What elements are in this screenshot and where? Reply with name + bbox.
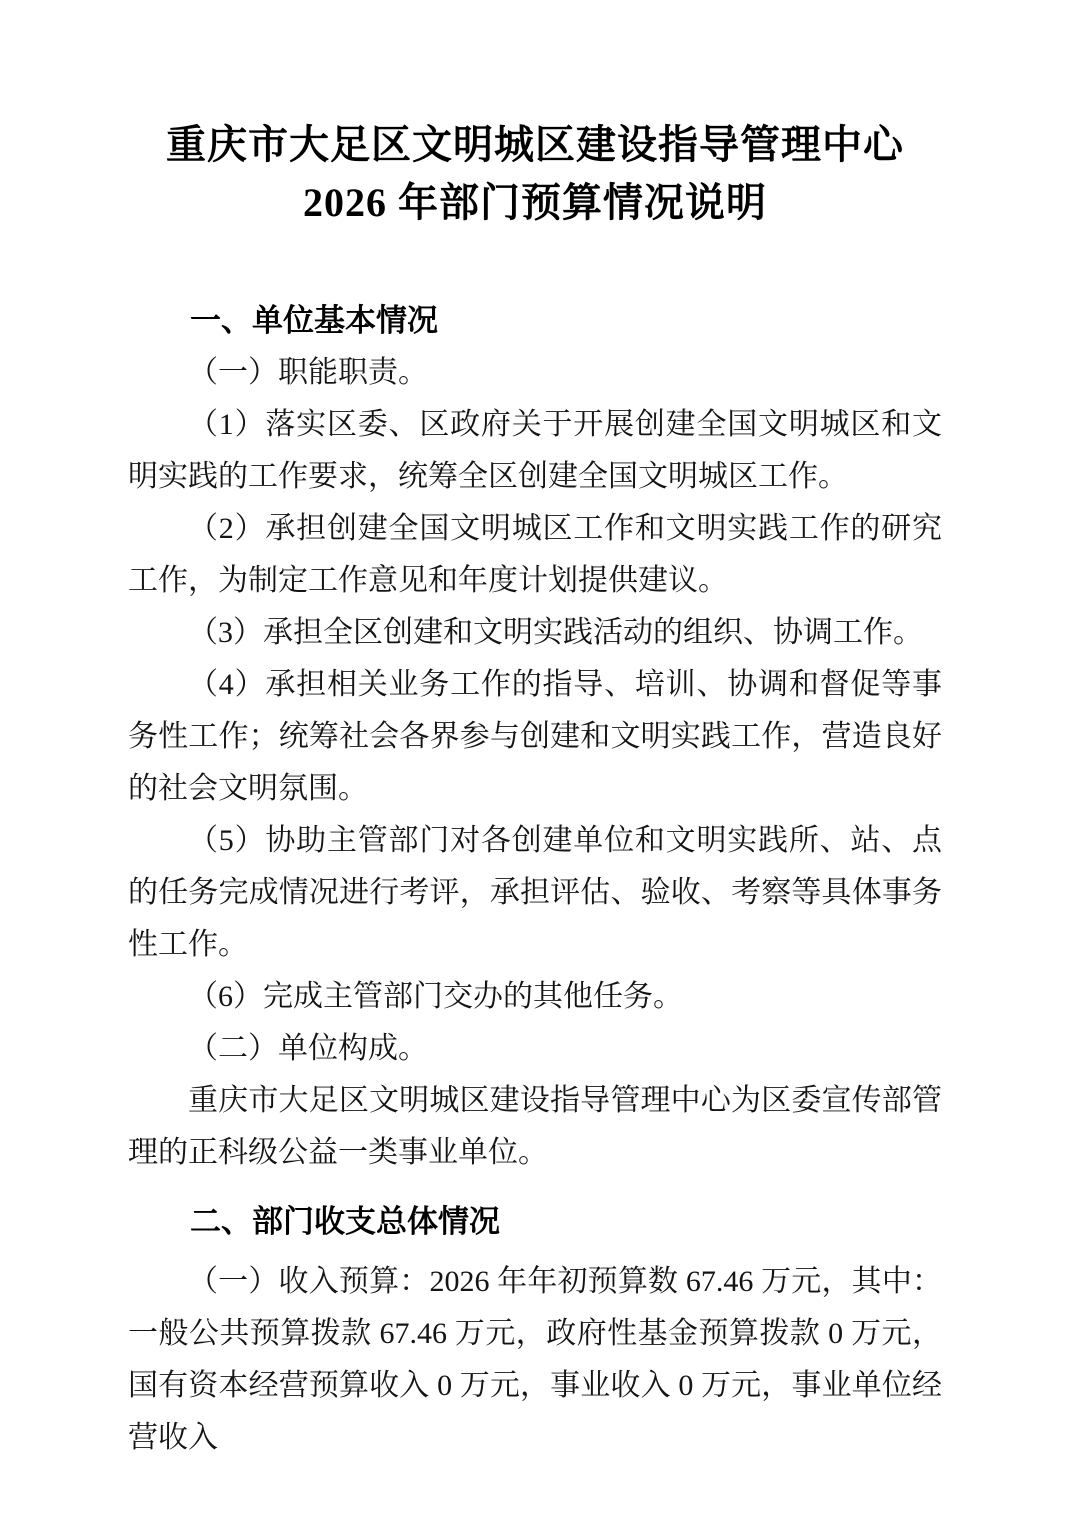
section-heading-revenue-expenditure-overview: 二、部门收支总体情况 [128, 1195, 942, 1248]
paragraph-unit-composition-title: （二）单位构成。 [128, 1023, 942, 1075]
paragraph-income-budget: （一）收入预算：2026 年年初预算数 67.46 万元，其中：一般公共预算拨款… [128, 1256, 942, 1464]
paragraph-duty-3: （3）承担全区创建和文明实践活动的组织、协调工作。 [128, 607, 942, 659]
paragraph-duty-5: （5）协助主管部门对各创建单位和文明实践所、站、点的任务完成情况进行考评，承担评… [128, 815, 942, 971]
section-body-unit-basic-info: （一）职能职责。 （1）落实区委、区政府关于开展创建全国文明城区和文明实践的工作… [128, 347, 942, 1179]
document-title-line1: 重庆市大足区文明城区建设指导管理中心 [128, 116, 942, 174]
section-body-revenue-expenditure: （一）收入预算：2026 年年初预算数 67.46 万元，其中：一般公共预算拨款… [128, 1256, 942, 1464]
document-page: 重庆市大足区文明城区建设指导管理中心 2026 年部门预算情况说明 一、单位基本… [0, 0, 1074, 1520]
document-title: 重庆市大足区文明城区建设指导管理中心 2026 年部门预算情况说明 [128, 116, 942, 232]
paragraph-duty-2: （2）承担创建全国文明城区工作和文明实践工作的研究工作，为制定工作意见和年度计划… [128, 503, 942, 607]
paragraph-duty-1: （1）落实区委、区政府关于开展创建全国文明城区和文明实践的工作要求，统筹全区创建… [128, 399, 942, 503]
document-title-line2: 2026 年部门预算情况说明 [128, 174, 942, 232]
section-heading-unit-basic-info: 一、单位基本情况 [128, 294, 942, 347]
paragraph-duty-6: （6）完成主管部门交办的其他任务。 [128, 971, 942, 1023]
paragraph-duty-4: （4）承担相关业务工作的指导、培训、协调和督促等事务性工作；统筹社会各界参与创建… [128, 659, 942, 815]
paragraph-duties-title: （一）职能职责。 [128, 347, 942, 399]
paragraph-unit-composition-detail: 重庆市大足区文明城区建设指导管理中心为区委宣传部管理的正科级公益一类事业单位。 [128, 1075, 942, 1179]
